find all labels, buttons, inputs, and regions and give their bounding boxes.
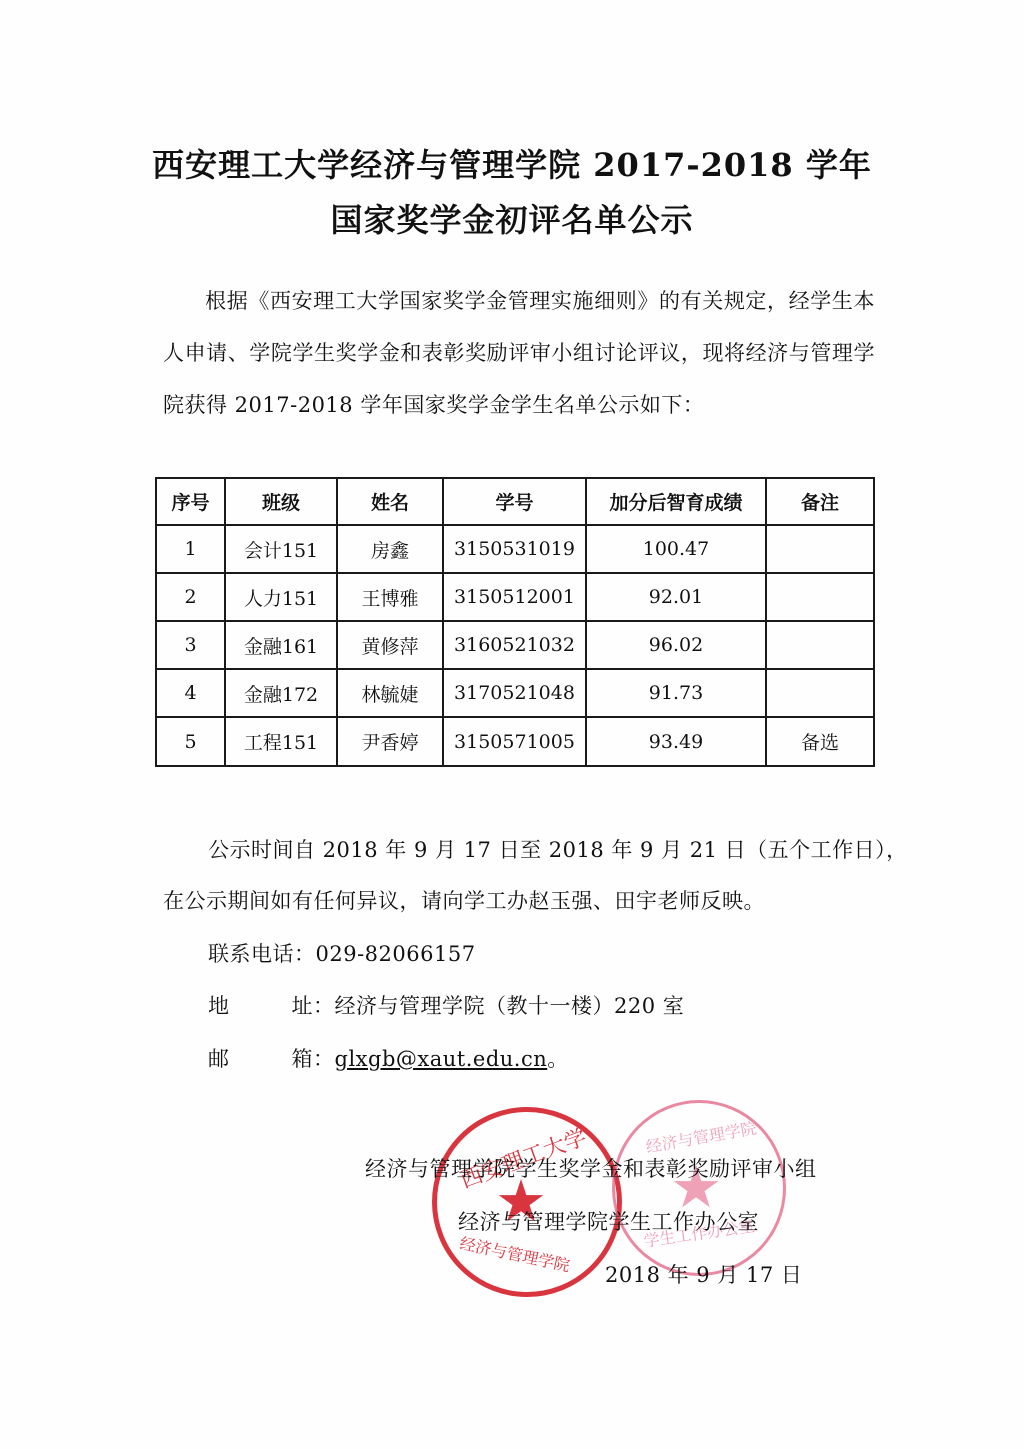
header-class: 班级 (225, 478, 337, 525)
cell-no: 2 (156, 573, 225, 621)
cell-note: 备选 (766, 717, 874, 766)
scholarship-table: 序号 班级 姓名 学号 加分后智育成绩 备注 1 会计151 房鑫 315053… (155, 477, 875, 767)
header-name: 姓名 (337, 478, 443, 525)
cell-note (766, 669, 874, 717)
pink-seal-top-text: 经济与管理学院 (644, 1115, 758, 1157)
email-suffix: 。 (547, 1047, 569, 1071)
phone-value: 029-82066157 (316, 942, 476, 966)
red-official-seal: 西安理工大学 ★ 经济与管理学院 (432, 1107, 622, 1297)
cell-note (766, 621, 874, 669)
cell-student-id: 3160521032 (443, 621, 586, 669)
cell-class: 金融161 (225, 621, 337, 669)
red-seal-bottom-text: 经济与管理学院 (458, 1231, 572, 1277)
table-row: 5 工程151 尹香婷 3150571005 93.49 备选 (156, 717, 874, 766)
contact-email: 邮箱：glxgb@xaut.edu.cn。 (208, 1043, 569, 1073)
contact-phone: 联系电话：029-82066157 (208, 938, 476, 968)
cell-student-id: 3150531019 (443, 525, 586, 573)
cell-no: 5 (156, 717, 225, 766)
table-row: 3 金融161 黄修萍 3160521032 96.02 (156, 621, 874, 669)
table-row: 4 金融172 林毓婕 3170521048 91.73 (156, 669, 874, 717)
address-value: 经济与管理学院（教十一楼）220 室 (335, 994, 685, 1018)
phone-label: 联系电话： (208, 942, 316, 966)
cell-score: 92.01 (586, 573, 766, 621)
signature-date: 2018 年 9 月 17 日 (605, 1259, 802, 1289)
cell-name: 尹香婷 (337, 717, 443, 766)
notice-period-line2: 在公示期间如有任何异议，请向学工办赵玉强、田宇老师反映。 (163, 885, 765, 915)
header-score: 加分后智育成绩 (586, 478, 766, 525)
cell-student-id: 3170521048 (443, 669, 586, 717)
cell-score: 93.49 (586, 717, 766, 766)
table-row: 2 人力151 王博雅 3150512001 92.01 (156, 573, 874, 621)
table-header-row: 序号 班级 姓名 学号 加分后智育成绩 备注 (156, 478, 874, 525)
cell-name: 林毓婕 (337, 669, 443, 717)
header-student-id: 学号 (443, 478, 586, 525)
cell-name: 房鑫 (337, 525, 443, 573)
contact-address: 地址：经济与管理学院（教十一楼）220 室 (208, 990, 684, 1020)
email-label-char1: 邮 (208, 1047, 230, 1071)
header-note: 备注 (766, 478, 874, 525)
intro-text: 根据《西安理工大学国家奖学金管理实施细则》的有关规定，经学生本人申请、学院学生奖… (163, 289, 875, 417)
cell-score: 100.47 (586, 525, 766, 573)
email-link[interactable]: glxgb@xaut.edu.cn (335, 1047, 548, 1071)
address-label-char2: 址： (292, 994, 335, 1018)
cell-student-id: 3150571005 (443, 717, 586, 766)
cell-class: 人力151 (225, 573, 337, 621)
document-title-line2: 国家奖学金初评名单公示 (0, 195, 1024, 241)
cell-name: 王博雅 (337, 573, 443, 621)
notice-period-line1: 公示时间自 2018 年 9 月 17 日至 2018 年 9 月 21 日（五… (208, 834, 908, 864)
email-label-char2: 箱： (292, 1047, 335, 1071)
cell-note (766, 525, 874, 573)
signature-org2: 经济与管理学院学生工作办公室 (458, 1206, 759, 1236)
cell-class: 会计151 (225, 525, 337, 573)
cell-class: 工程151 (225, 717, 337, 766)
document-title-line1: 西安理工大学经济与管理学院 2017-2018 学年 (0, 140, 1024, 186)
cell-no: 3 (156, 621, 225, 669)
cell-score: 91.73 (586, 669, 766, 717)
cell-student-id: 3150512001 (443, 573, 586, 621)
cell-no: 4 (156, 669, 225, 717)
header-no: 序号 (156, 478, 225, 525)
pink-office-seal: 经济与管理学院 ★ 学生工作办公室 (612, 1100, 786, 1276)
document-page: 西安理工大学经济与管理学院 2017-2018 学年 国家奖学金初评名单公示 根… (0, 0, 1024, 1449)
address-label-char1: 地 (208, 994, 230, 1018)
cell-class: 金融172 (225, 669, 337, 717)
signature-org1: 经济与管理学院学生奖学金和表彰奖励评审小组 (365, 1153, 817, 1183)
cell-note (766, 573, 874, 621)
cell-score: 96.02 (586, 621, 766, 669)
cell-name: 黄修萍 (337, 621, 443, 669)
intro-paragraph: 根据《西安理工大学国家奖学金管理实施细则》的有关规定，经学生本人申请、学院学生奖… (163, 275, 875, 431)
table-row: 1 会计151 房鑫 3150531019 100.47 (156, 525, 874, 573)
cell-no: 1 (156, 525, 225, 573)
